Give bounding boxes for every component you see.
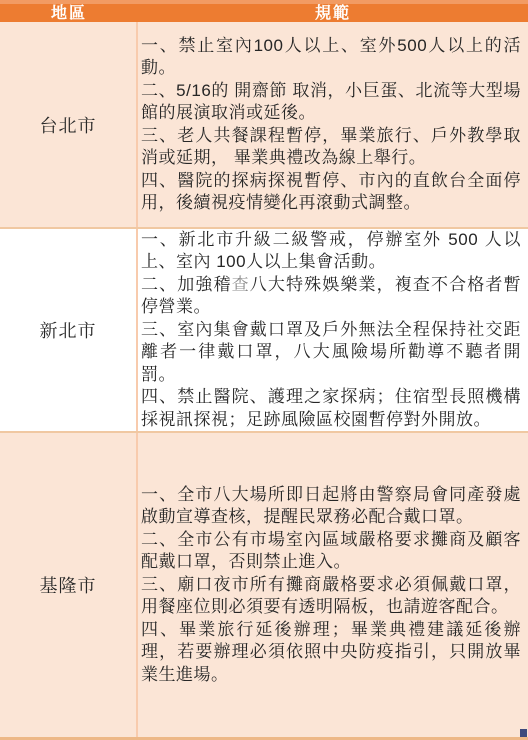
table-body: 台北市一、禁止室內100人以上、室外500人以上的活動。二、5/16的 開齋節 … [0, 22, 528, 737]
regulation-item: 三、老人共餐課程暫停，畢業旅行、戶外教學取消或延期， 畢業典禮改為線上舉行。 [141, 125, 521, 170]
regulation-item: 三、廟口夜市所有攤商嚴格要求必須佩戴口罩，用餐座位則必須要有透明隔板，也請遊客配… [141, 574, 521, 619]
regulation-segment: 二、加強稽 [141, 275, 232, 294]
regulation-item: 二、全市公有市場室內區域嚴格要求攤商及顧客配戴口罩，否則禁止進入。 [141, 529, 521, 574]
regulations-cell: 一、全市八大場所即日起將由警察局會同產發處啟動宣導查核，提醒民眾務必配合戴口罩。… [138, 433, 528, 737]
region-label: 新北市 [0, 229, 138, 431]
header-region: 地區 [0, 0, 138, 22]
table-row: 台北市一、禁止室內100人以上、室外500人以上的活動。二、5/16的 開齋節 … [0, 22, 528, 227]
regulation-item: 一、禁止室內100人以上、室外500人以上的活動。 [141, 35, 521, 80]
regulation-item: 二、5/16的 開齋節 取消，小巨蛋、北流等大型場館的展演取消或延後。 [141, 80, 521, 125]
regulations-table: 地區 規範 台北市一、禁止室內100人以上、室外500人以上的活動。二、5/16… [0, 0, 528, 740]
regulation-item: 四、畢業旅行延後辦理；畢業典禮建議延後辦理，若要辦理必須依照中央防疫指引，只開放… [141, 619, 521, 687]
corner-mark [520, 729, 527, 737]
regulation-item: 三、室內集會戴口罩及戶外無法全程保持社交距離者一律戴口罩，八大風險場所勸導不聽者… [141, 319, 521, 387]
region-label: 台北市 [0, 22, 138, 227]
regulation-item: 一、全市八大場所即日起將由警察局會同產發處啟動宣導查核，提醒民眾務必配合戴口罩。 [141, 484, 521, 529]
table-header: 地區 規範 [0, 0, 528, 22]
regulation-segment: 查 [232, 275, 250, 294]
header-rule: 規範 [138, 0, 528, 22]
regulation-item: 二、加強稽查八大特殊娛樂業，複查不合格者暫停營業。 [141, 274, 521, 319]
region-label: 基隆市 [0, 433, 138, 737]
table-row: 新北市一、新北市升級二級警戒，停辦室外 500 人以上、室內 100人以上集會活… [0, 227, 528, 433]
regulation-item: 四、禁止醫院、護理之家探病；住宿型長照機構採視訊探視；足跡風險區校園暫停對外開放… [141, 386, 521, 431]
regulations-cell: 一、新北市升級二級警戒，停辦室外 500 人以上、室內 100人以上集會活動。二… [138, 229, 528, 431]
regulation-item: 一、新北市升級二級警戒，停辦室外 500 人以上、室內 100人以上集會活動。 [141, 229, 521, 274]
regulation-item: 四、醫院的探病探視暫停、市內的直飲台全面停用，後續視疫情變化再滾動式調整。 [141, 170, 521, 215]
regulations-cell: 一、禁止室內100人以上、室外500人以上的活動。二、5/16的 開齋節 取消，… [138, 22, 528, 227]
table-row: 基隆市一、全市八大場所即日起將由警察局會同產發處啟動宣導查核，提醒民眾務必配合戴… [0, 433, 528, 737]
